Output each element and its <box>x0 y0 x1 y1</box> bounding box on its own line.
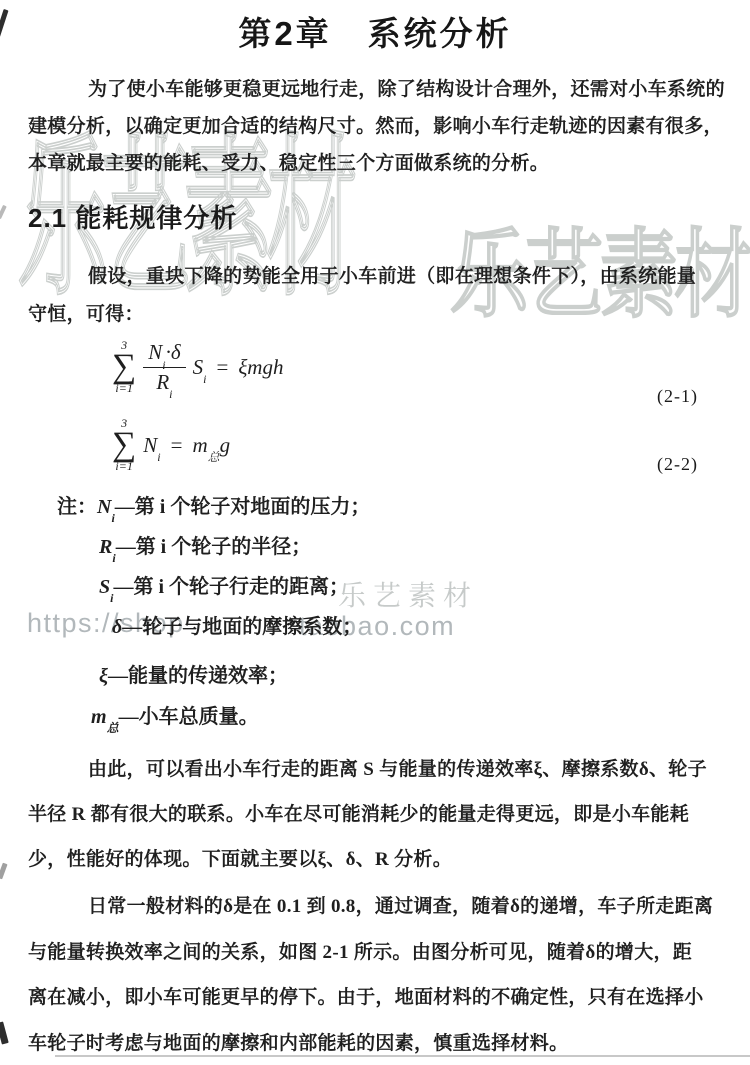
document-page: 乐艺素材 乐艺素材 乐艺素材 https://shop taobao.com 第… <box>0 0 750 1065</box>
summation-symbol: 3 ∑ i=1 <box>112 339 136 396</box>
paragraph-line: 本章就最主要的能耗、受力、稳定性三个方面做系统的分析。 <box>28 145 728 182</box>
note-line-mass: m总—小车总质量。 <box>91 700 259 729</box>
note-line-N: 注：Ni—第 i 个轮子对地面的压力； <box>57 490 370 519</box>
paragraph-line: 车轮子时考虑与地面的摩擦和内部能耗的因素，慎重选择材料。 <box>28 1021 728 1065</box>
rhs-expression: m总g <box>192 433 230 458</box>
paragraph-line: 离在减小，即小车可能更早的停下。由于，地面材料的不确定性，只有在选择小 <box>28 975 728 1021</box>
equation-number: (2-2) <box>657 454 698 475</box>
sum-lower-limit: i=1 <box>115 382 132 395</box>
sigma-glyph: ∑ <box>112 352 136 383</box>
paragraph-line: 由此，可以看出小车行走的距离 S 与能量的传递效率ξ、摩擦系数δ、轮子 <box>28 747 728 792</box>
paragraph-line: 建模分析，以确定更加合适的结构尺寸。然而，影响小车行走轨迹的因素有很多， <box>28 108 728 145</box>
paragraph-line: 与能量转换效率之间的关系，如图 2-1 所示。由图分析可见，随着δ的增大，距 <box>28 930 728 976</box>
sigma-glyph: ∑ <box>112 430 136 461</box>
distance-variable: Si <box>193 355 207 380</box>
scan-artifact <box>0 205 7 219</box>
paragraph-line: 为了使小车能够更稳更远地行走，除了结构设计合理外，还需对小车系统的 <box>28 71 728 108</box>
page-bottom-rule <box>55 1055 750 1057</box>
intro-paragraph: 为了使小车能够更稳更远地行走，除了结构设计合理外，还需对小车系统的 建模分析，以… <box>28 71 728 182</box>
material-paragraph: 日常一般材料的δ是在 0.1 到 0.8，通过调查，随着δ的递增，车子所走距离 … <box>28 884 728 1065</box>
paragraph-line: 少，性能好的体现。下面就主要以ξ、δ、R 分析。 <box>28 837 728 882</box>
note-line-R: Ri—第 i 个轮子的半径； <box>99 530 311 559</box>
section-heading: 2.1 能耗规律分析 <box>28 198 237 235</box>
note-line-delta: δ—轮子与地面的摩擦系数； <box>112 610 362 639</box>
summation-symbol: 3 ∑ i=1 <box>112 417 136 474</box>
rhs-expression: ξmgh <box>238 355 283 380</box>
equation-2-1: 3 ∑ i=1 Ni·δ Ri Si = ξmgh (2-1) <box>0 334 750 400</box>
note-line-S: Si—第 i 个轮子行走的距离； <box>99 570 349 599</box>
conclusion-paragraph: 由此，可以看出小车行走的距离 S 与能量的传递效率ξ、摩擦系数δ、轮子 半径 R… <box>28 747 728 882</box>
equals-sign: = <box>216 355 228 380</box>
normal-force-variable: Ni <box>143 433 160 458</box>
equals-sign: = <box>171 433 183 458</box>
paragraph-line: 假设，重块下降的势能全用于小车前进（即在理想条件下），由系统能量 <box>28 258 728 296</box>
fraction: Ni·δ Ri <box>143 340 185 393</box>
note-line-xi: ξ—能量的传递效率； <box>99 659 288 688</box>
equation-2-2: 3 ∑ i=1 Ni = m总g (2-2) <box>0 416 750 474</box>
sum-lower-limit: i=1 <box>115 460 132 473</box>
assumption-paragraph: 假设，重块下降的势能全用于小车前进（即在理想条件下），由系统能量 守恒，可得： <box>28 258 728 334</box>
scan-artifact <box>0 1021 9 1044</box>
paragraph-line: 守恒，可得： <box>28 296 728 334</box>
fraction-numerator: Ni·δ <box>143 340 185 367</box>
chapter-title: 第2章 系统分析 <box>0 8 750 55</box>
note-prefix: 注： <box>57 496 97 518</box>
scan-artifact <box>0 863 8 880</box>
equation-number: (2-1) <box>657 386 698 407</box>
paragraph-line: 半径 R 都有很大的联系。小车在尽可能消耗少的能量走得更远，即是小车能耗 <box>28 792 728 837</box>
paragraph-line: 日常一般材料的δ是在 0.1 到 0.8，通过调查，随着δ的递增，车子所走距离 <box>28 884 728 930</box>
